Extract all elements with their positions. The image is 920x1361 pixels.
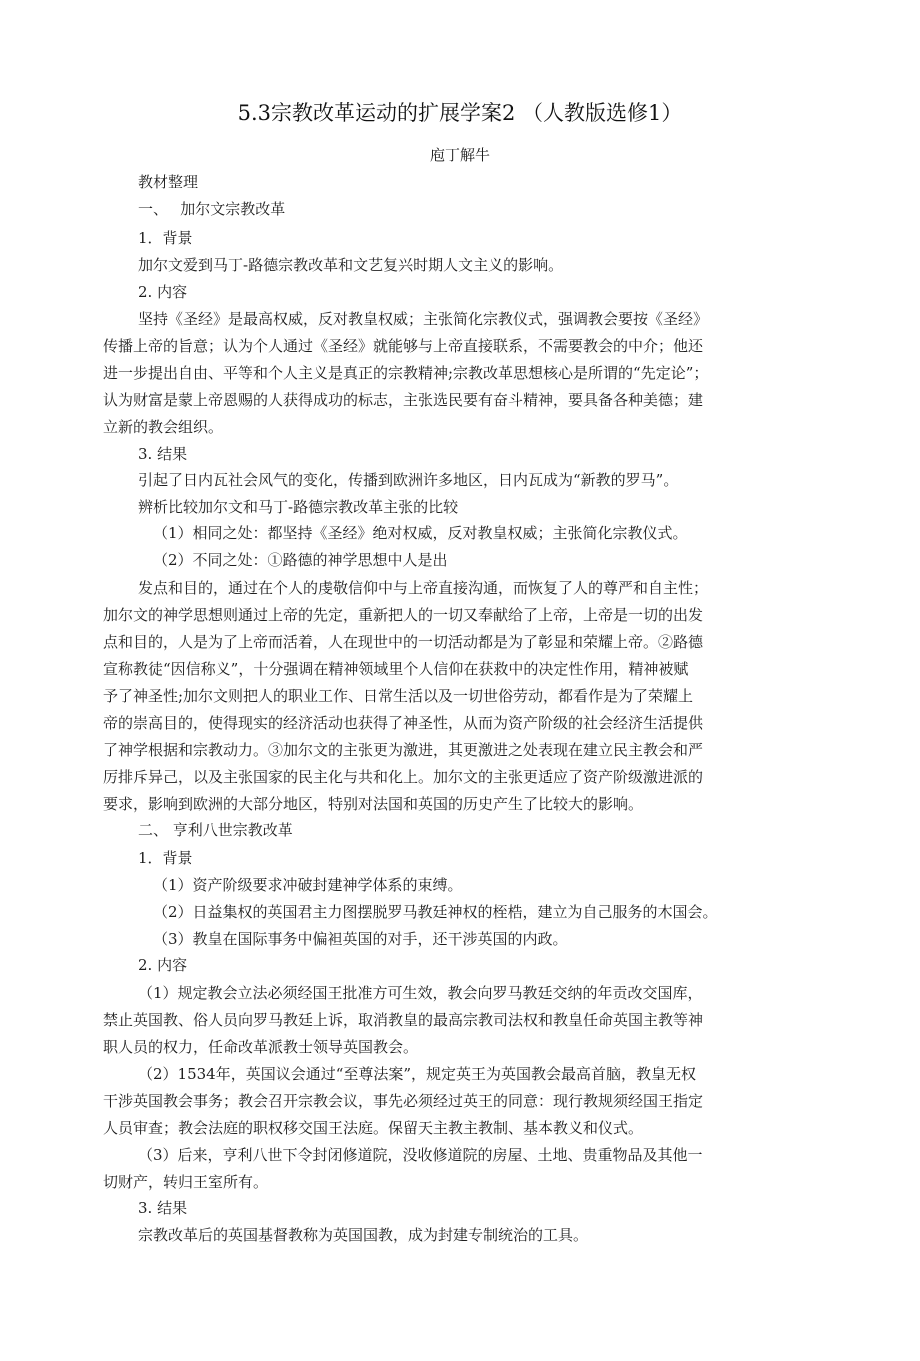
text-line: 2. 内容 — [138, 282, 187, 302]
text-line: 教材整理 — [138, 172, 198, 192]
text-line: 认为财富是蒙上帝恩赐的人获得成功的标志，主张选民要有奋斗精神，要具备各种美德；建 — [103, 390, 703, 410]
text-line: 立新的教会组织。 — [103, 417, 223, 437]
text-line: 厉排斥异己，以及主张国家的民主化与共和化上。加尔文的主张更适应了资产阶级激进派的 — [103, 767, 703, 787]
text-line: 传播上帝的旨意；认为个人通过《圣经》就能够与上帝直接联系，不需要教会的中介；他还 — [103, 336, 703, 356]
text-line: （2）日益集权的英国君主力图摆脱罗马教廷神权的桎梏，建立为自己服务的木国会。 — [153, 902, 718, 922]
text-line: （3）教皇在国际事务中偏袒英国的对手，还干涉英国的内政。 — [153, 929, 568, 949]
text-line: 职人员的权力，任命改革派教士领导英国教会。 — [103, 1037, 418, 1057]
text-line: 干涉英国教会事务；教会召开宗教会议，事先必须经过英王的同意：现行教规须经国王指定 — [103, 1091, 703, 1111]
text-line: 一、 加尔文宗教改革 — [138, 199, 285, 219]
text-line: （3）后来，亨利八世下令封闭修道院，没收修道院的房屋、土地、贵重物品及其他一 — [138, 1145, 703, 1165]
text-line: 1．背景 — [138, 228, 193, 248]
text-line: 人员审查；教会法庭的职权移交国王法庭。保留天主教主教制、基本教义和仪式。 — [103, 1118, 643, 1138]
text-line: 2. 内容 — [138, 955, 187, 975]
text-line: 3. 结果 — [138, 444, 187, 464]
text-line: 3. 结果 — [138, 1198, 187, 1218]
text-line: 点和目的，人是为了上帝而活着，人在现世中的一切活动都是为了彰显和荣耀上帝。②路德 — [103, 632, 703, 652]
text-line: （1）规定教会立法必须经国王批准方可生效，教会向罗马教廷交纳的年贡改交国库， — [138, 983, 703, 1003]
text-line: （1）资产阶级要求冲破封建神学体系的束缚。 — [153, 875, 463, 895]
text-line: 辨析比较加尔文和马丁-路德宗教改革主张的比较 — [138, 497, 458, 517]
document-page: 5.3宗教改革运动的扩展学案2 （人教版选修1） 庖丁解牛 教材整理一、 加尔文… — [0, 0, 920, 1361]
text-line: 要求，影响到欧洲的大部分地区，特别对法国和英国的历史产生了比较大的影响。 — [103, 794, 643, 814]
text-line: 加尔文爱到马丁-路德宗教改革和文艺复兴时期人文主义的影响。 — [138, 255, 563, 275]
text-line: 加尔文的神学思想则通过上帝的先定，重新把人的一切又奉献给了上帝，上帝是一切的出发 — [103, 605, 703, 625]
text-line: （2）不同之处：①路德的神学思想中人是出 — [153, 550, 448, 570]
text-line: （2）1534年，英国议会通过“至尊法案”，规定英王为英国教会最高首脑，教皇无权 — [138, 1064, 696, 1084]
text-line: （1）相同之处：都坚持《圣经》绝对权威，反对教皇权威；主张简化宗教仪式。 — [153, 523, 688, 543]
text-line: 引起了日内瓦社会风气的变化，传播到欧洲许多地区，日内瓦成为“新教的罗马”。 — [138, 470, 678, 490]
text-line: 宗教改革后的英国基督教称为英国国教，成为封建专制统治的工具。 — [138, 1225, 588, 1245]
text-line: 二、 亨利八世宗教改革 — [138, 820, 293, 840]
text-line: 宣称教徒“因信称义”，十分强调在精神领域里个人信仰在获救中的决定性作用，精神被赋 — [103, 659, 688, 679]
text-line: 予了神圣性;加尔文则把人的职业工作、日常生活以及一切世俗劳动，都看作是为了荣耀上 — [103, 686, 693, 706]
text-line: 帝的崇高目的，使得现实的经济活动也获得了神圣性，从而为资产阶级的社会经济生活提供 — [103, 713, 703, 733]
text-line: 1．背景 — [138, 848, 193, 868]
text-line: 禁止英国教、俗人员向罗马教廷上诉，取消教皇的最高宗教司法权和教皇任命英国主教等神 — [103, 1010, 703, 1030]
text-line: 切财产，转归王室所有。 — [103, 1172, 268, 1192]
document-title: 5.3宗教改革运动的扩展学案2 （人教版选修1） — [0, 99, 920, 127]
text-line: 进一步提出自由、平等和个人主义是真正的宗教精神;宗教改革思想核心是所谓的“先定论… — [103, 363, 708, 383]
text-line: 了神学根据和宗教动力。③加尔文的主张更为激进，其更激进之处表现在建立民主教会和严 — [103, 740, 703, 760]
document-subtitle: 庖丁解牛 — [0, 145, 920, 165]
text-line: 坚持《圣经》是最高权威，反对教皇权威；主张简化宗教仪式，强调教会要按《圣经》 — [138, 309, 708, 329]
text-line: 发点和目的，通过在个人的虔敬信仰中与上帝直接沟通，而恢复了人的尊严和自主性； — [138, 578, 708, 598]
